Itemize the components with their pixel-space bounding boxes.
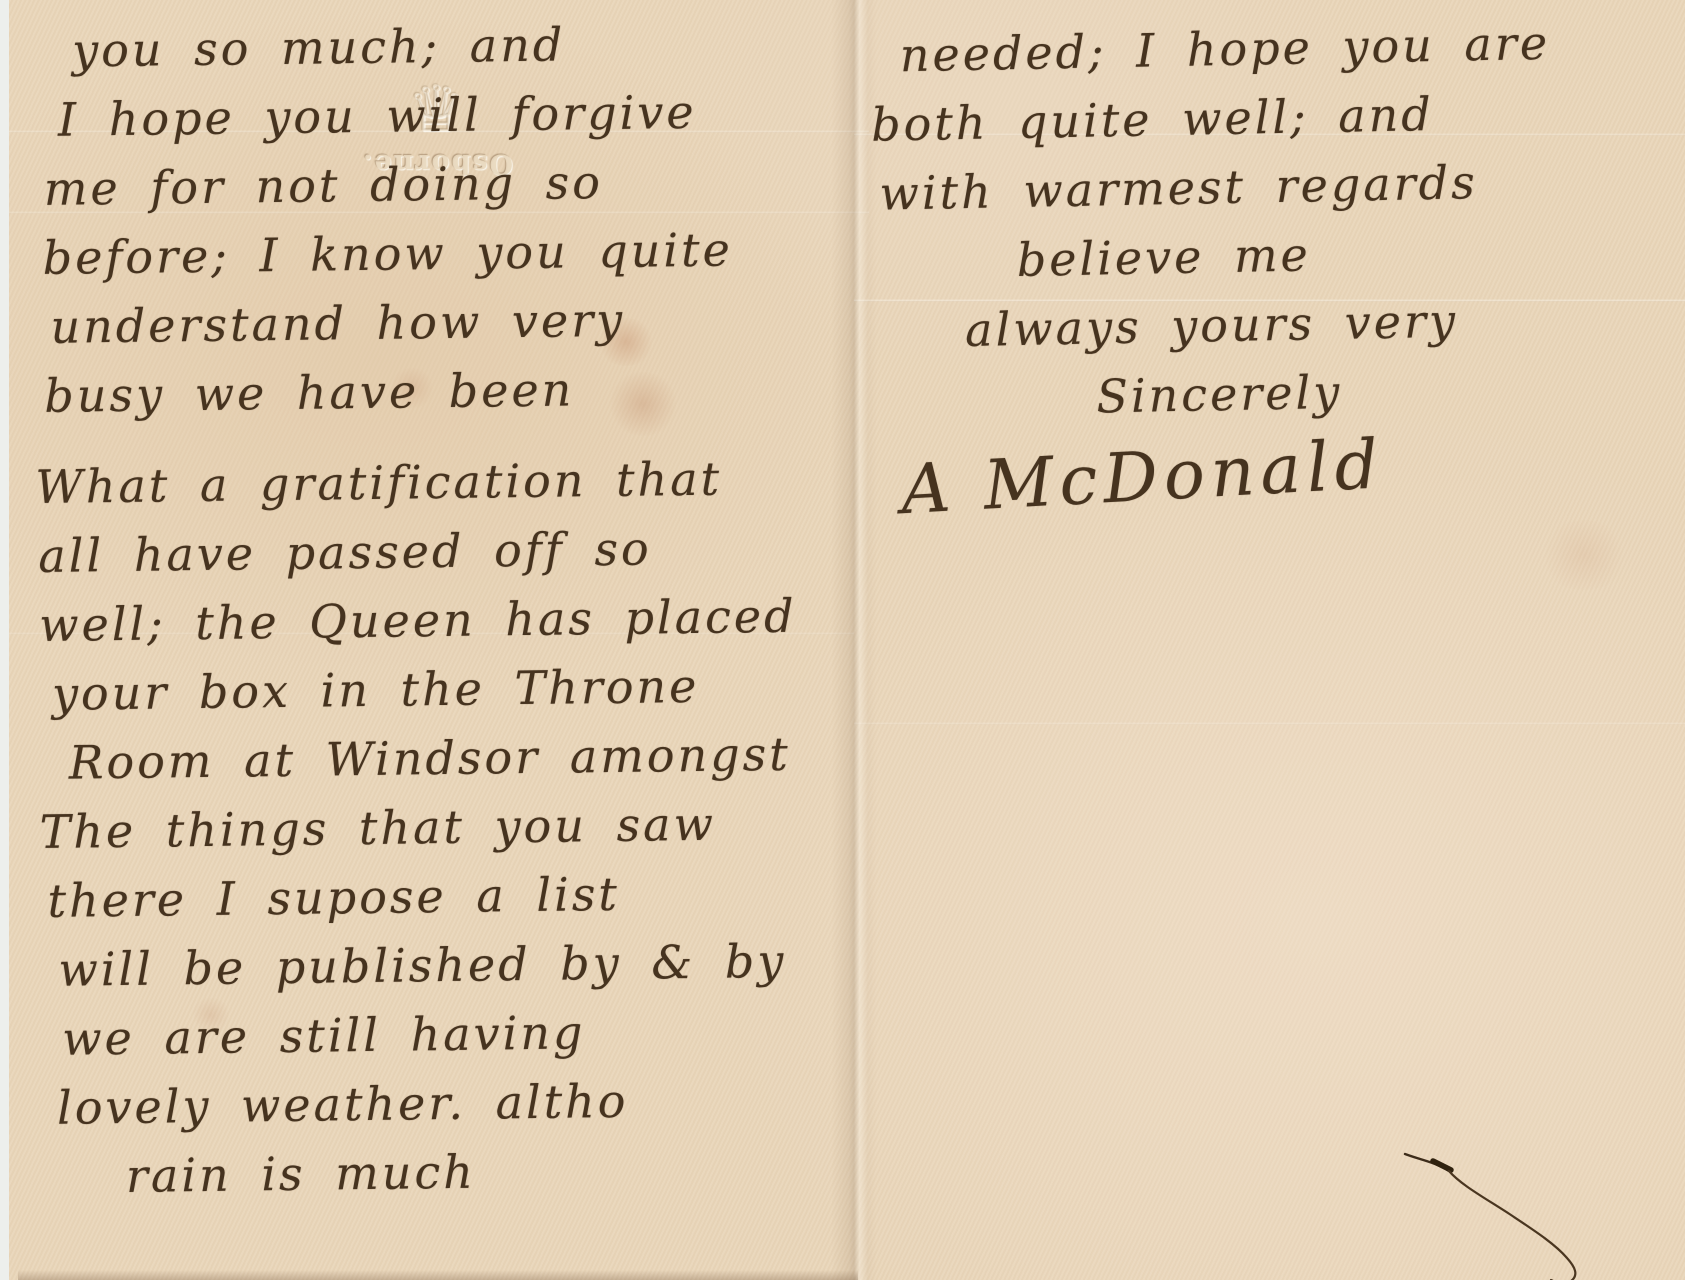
letter-line: The things that you saw (39, 788, 860, 867)
letter-line: there I supose a list (47, 857, 861, 936)
letter-line: will be published by & by (58, 926, 862, 1005)
letter-line: rain is much (125, 1133, 864, 1211)
paper-crease (854, 722, 1685, 725)
letter-line: I hope you will forgive (58, 76, 852, 155)
centre-fold (831, 0, 877, 1280)
letter-page-left: you so much; and I hope you will forgive… (30, 7, 865, 1212)
letter-line: before; I know you quite (42, 214, 853, 293)
letter-line: you so much; and (72, 7, 851, 85)
letter-line: we are still having (62, 995, 863, 1074)
letter-line: understand how very (50, 283, 854, 362)
letter-line: all have passed off so (38, 512, 857, 591)
letter-line: believe me (1016, 213, 1685, 295)
letter-page-right: needed; I hope you are both quite well; … (864, 6, 1685, 532)
paper-edge-shadow (18, 1270, 858, 1280)
letter-line: lovely weather. altho (57, 1064, 864, 1143)
letter-line: me for not doing so (43, 145, 852, 224)
ink-scratch-mark (1389, 1142, 1629, 1280)
letter-line: What a gratification that (35, 443, 856, 522)
letter-line: busy we have been (44, 352, 855, 431)
paper-stain (1539, 520, 1629, 590)
letter-paper: ♕ Osborne. you so much; and I hope you w… (9, 0, 1685, 1280)
letter-line: Room at Windsor amongst (68, 719, 859, 798)
letter-line: well; the Queen has placed (39, 581, 858, 660)
letter-line: your box in the Throne (52, 650, 859, 729)
